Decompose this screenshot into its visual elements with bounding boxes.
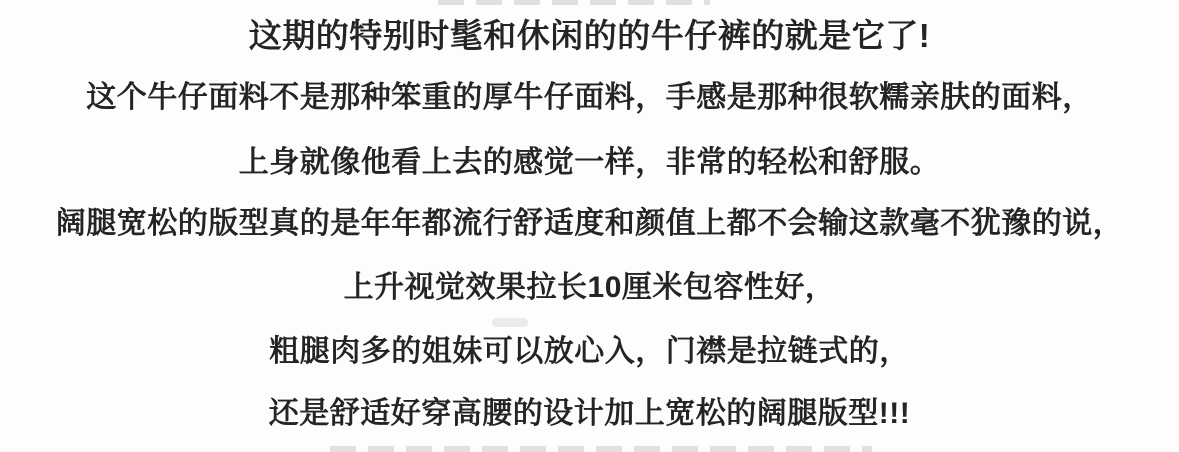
truncated-text-line-top <box>438 0 710 5</box>
paragraph-line: 这个牛仔面料不是那种笨重的厚牛仔面料，手感是那种很软糯亲肤的面料， <box>0 80 1179 116</box>
faint-smudge-artifact <box>492 318 528 327</box>
truncated-text-line-bottom <box>330 446 872 452</box>
paragraph-line: 这期的特别时髦和休闲的的牛仔裤的就是它了! <box>0 16 1179 56</box>
paragraph-line: 还是舒适好穿高腰的设计加上宽松的阔腿版型!!! <box>0 396 1179 432</box>
paragraph-line: 上身就像他看上去的感觉一样，非常的轻松和舒服。 <box>0 145 1179 181</box>
paragraph-line: 阔腿宽松的版型真的是年年都流行舒适度和颜值上都不会输这款毫不犹豫的说， <box>0 206 1179 242</box>
paragraph-line: 上升视觉效果拉长10厘米包容性好， <box>0 270 1179 306</box>
product-description-page: 这期的特别时髦和休闲的的牛仔裤的就是它了! 这个牛仔面料不是那种笨重的厚牛仔面料… <box>0 0 1179 452</box>
paragraph-line: 粗腿肉多的姐妹可以放心入，门襟是拉链式的， <box>0 334 1179 370</box>
